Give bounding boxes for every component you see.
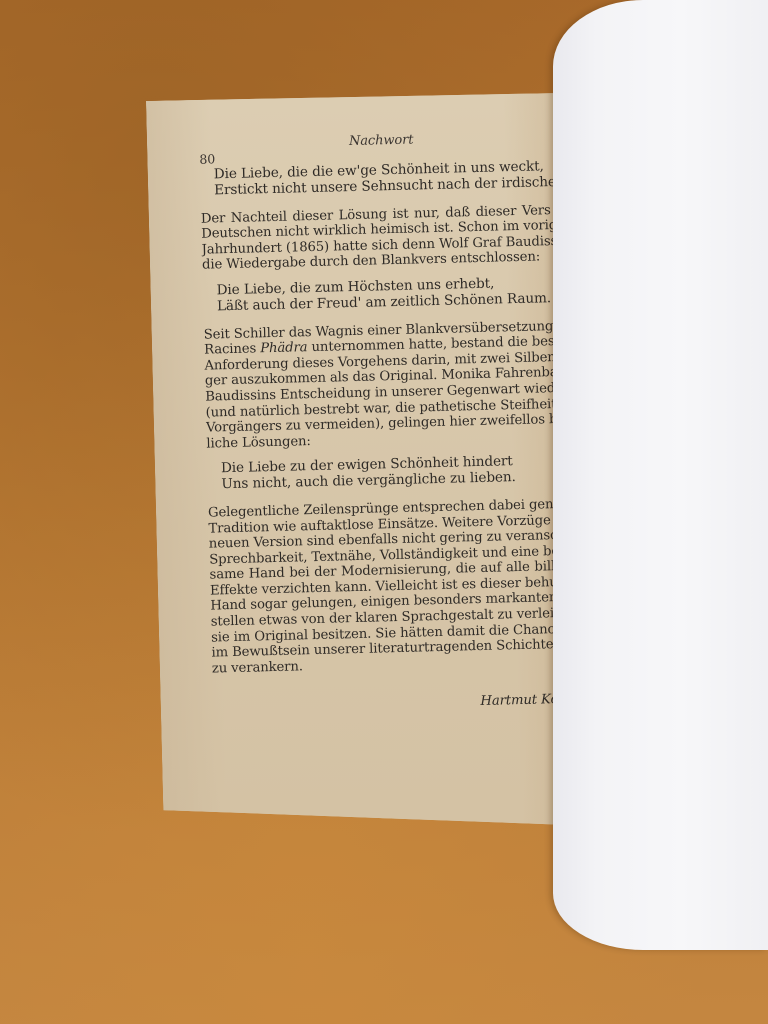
- paragraph-3: Gelegentliche Zeilensprünge entsprechen …: [208, 496, 584, 677]
- running-head: 80 Nachwort: [199, 129, 571, 160]
- verse-quote-2: Die Liebe, die zum Höchsten uns erhebt, …: [216, 275, 575, 315]
- text-span: Racines: [204, 341, 261, 357]
- italic-title: Phädra: [260, 340, 308, 356]
- photo-scene: 80 Nachwort Die Liebe, die die ew'ge Sch…: [0, 0, 768, 1024]
- paragraph-2: Seit Schiller das Wagnis einer Blankvers…: [204, 318, 579, 452]
- book-page: 80 Nachwort Die Liebe, die die ew'ge Sch…: [146, 91, 584, 836]
- facing-page-curl: [553, 0, 768, 950]
- paragraph-1: Der Nachteil dieser Lösung ist nur, daß …: [201, 202, 574, 273]
- author-signature: Hartmut Köhler: [213, 692, 585, 717]
- verse-quote-1: Die Liebe, die die ew'ge Schönheit in un…: [214, 159, 573, 199]
- verse-quote-3: Die Liebe zu der ewigen Schönheit hinder…: [221, 453, 580, 493]
- running-head-title: Nachwort: [349, 132, 414, 149]
- page-content: 80 Nachwort Die Liebe, die die ew'ge Sch…: [199, 129, 585, 717]
- page-number: 80: [199, 151, 215, 167]
